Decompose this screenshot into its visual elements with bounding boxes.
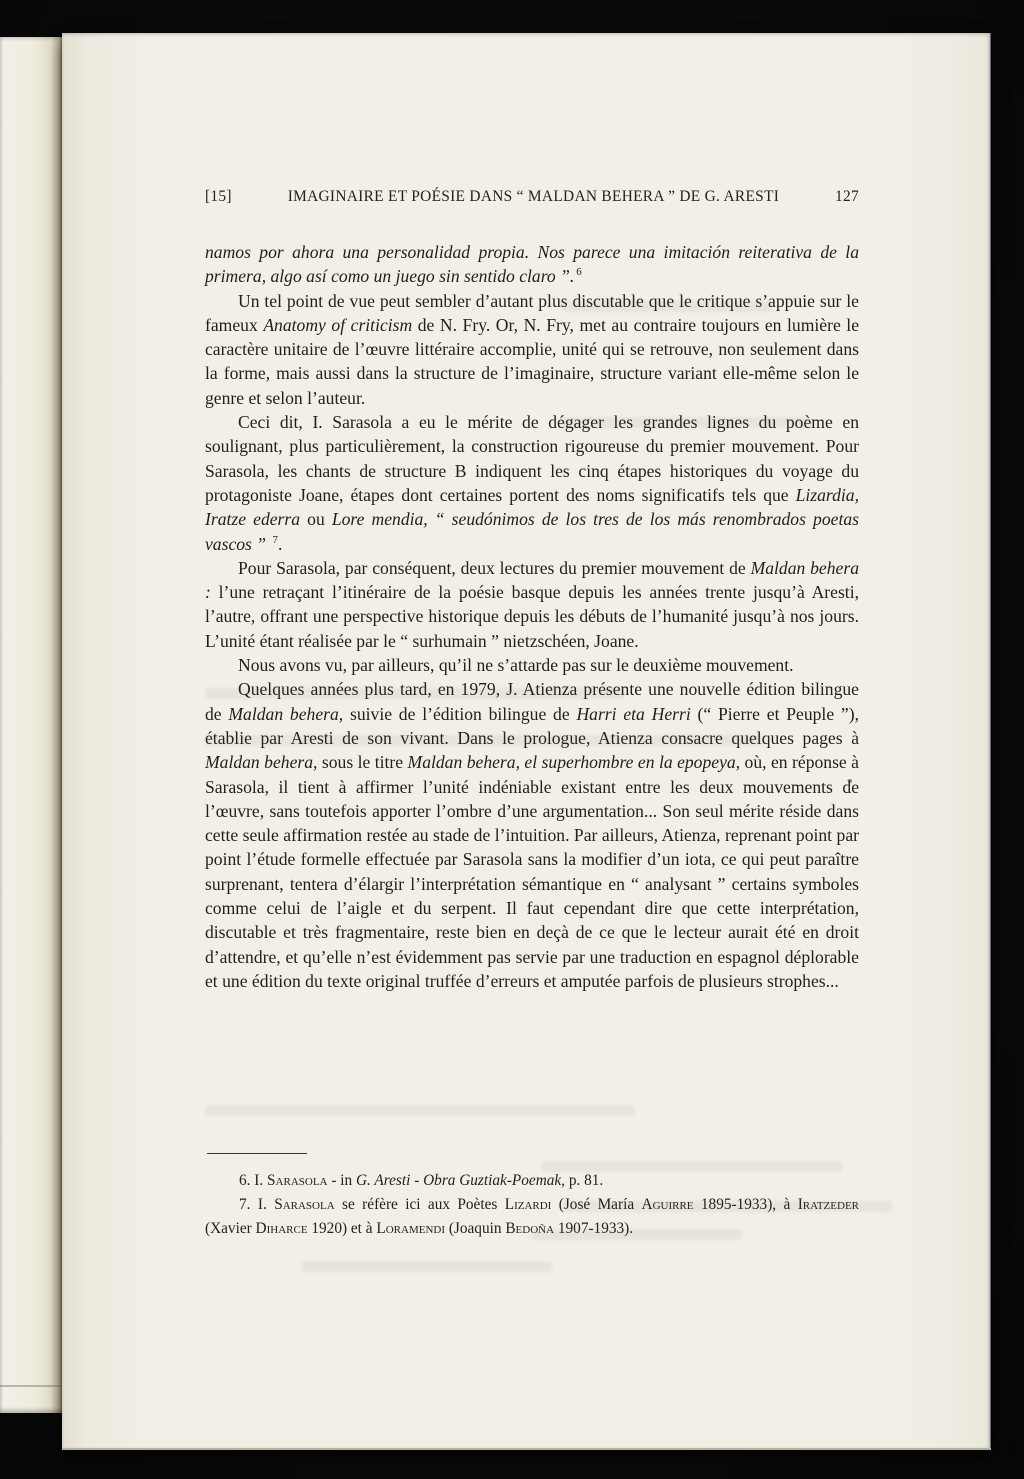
scan-background: [15] IMAGINAIRE ET POÉSIE DANS “ MALDAN … — [0, 0, 1024, 1479]
footnote: 6. I. Sarasola - in G. Aresti - Obra Guz… — [205, 1169, 859, 1193]
paragraph: Quelques années plus tard, en 1979, J. A… — [205, 677, 859, 993]
footnote-separator — [207, 1153, 307, 1154]
footnote-list: 6. I. Sarasola - in G. Aresti - Obra Guz… — [205, 1169, 859, 1241]
paragraph: namos por ahora una personalidad propia.… — [205, 240, 859, 289]
body-text: namos por ahora una personalidad propia.… — [205, 240, 859, 993]
bleed-through-mark — [205, 1105, 635, 1116]
adjacent-page-edge — [0, 37, 62, 1413]
header-page-number: 127 — [835, 188, 859, 206]
header-running-title: IMAGINAIRE ET POÉSIE DANS “ MALDAN BEHER… — [232, 188, 835, 206]
paragraph: Nous avons vu, par ailleurs, qu’il ne s’… — [205, 653, 859, 677]
running-head: [15] IMAGINAIRE ET POÉSIE DANS “ MALDAN … — [205, 188, 859, 206]
footnotes-block: 6. I. Sarasola - in G. Aresti - Obra Guz… — [205, 1153, 859, 1241]
paragraph: Pour Sarasola, par conséquent, deux lect… — [205, 556, 859, 653]
footnote: 7. I. Sarasola se réfère ici aux Poètes … — [205, 1193, 859, 1241]
header-section-number: [15] — [205, 188, 232, 206]
bleed-through-mark — [302, 1261, 552, 1272]
paragraph: Un tel point de vue peut sembler d’autan… — [205, 289, 859, 410]
paragraph: Ceci dit, I. Sarasola a eu le mérite de … — [205, 410, 859, 556]
print-speck — [848, 779, 852, 783]
book-page: [15] IMAGINAIRE ET POÉSIE DANS “ MALDAN … — [62, 33, 991, 1448]
